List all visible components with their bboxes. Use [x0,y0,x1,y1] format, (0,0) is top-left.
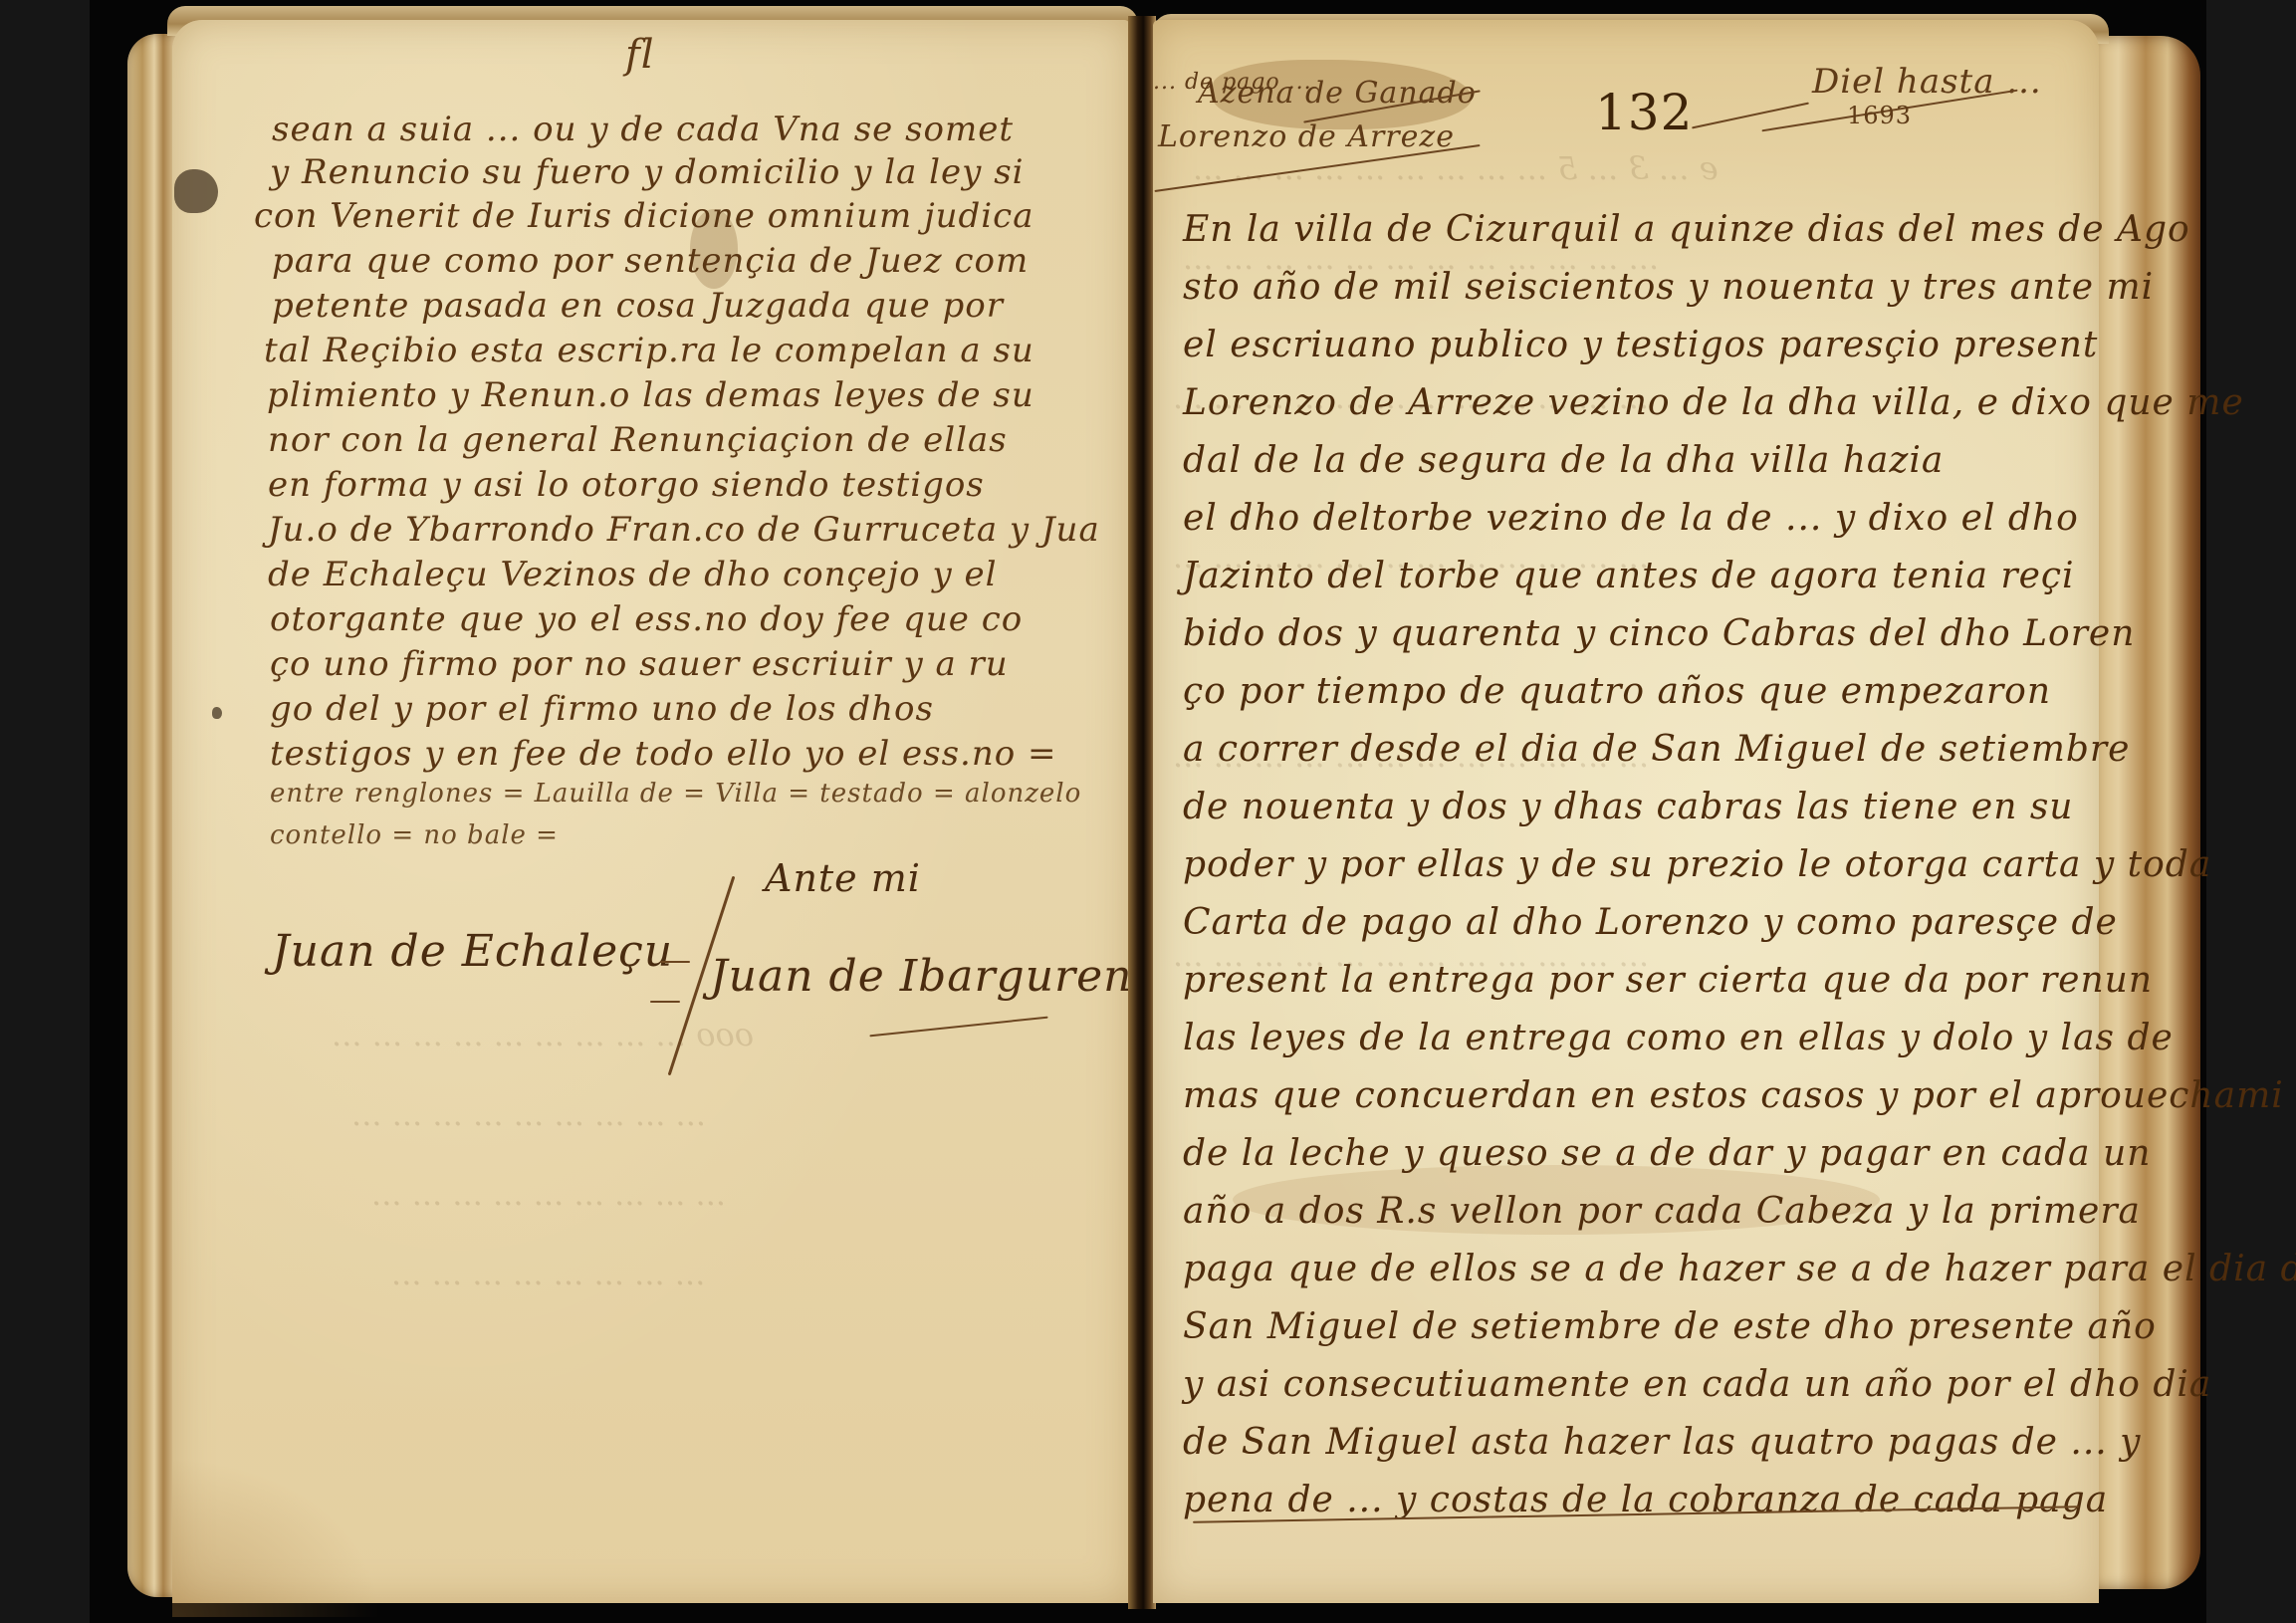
right-background-band [2206,0,2296,1623]
text-line: mas que concuerdan en estos casos y por … [1183,1075,2284,1116]
text-line: y asi consecutiuamente en cada un año po… [1183,1364,2211,1405]
text-line: San Miguel de setiembre de este dho pres… [1183,1306,2157,1347]
text-line: de la leche y queso se a de dar y pagar … [1183,1133,2151,1174]
text-line: En la villa de Cizurquil a quinze dias d… [1183,209,2190,250]
text-line: Lorenzo de Arreze vezino de la dha villa… [1183,382,2244,423]
text-line: bido dos y quarenta y cinco Cabras del d… [1183,613,2135,654]
text-line: año a dos R.s vellon por cada Cabeza y l… [1183,1191,2141,1232]
book-gutter [1128,16,1156,1609]
text-line: de nouenta y dos y dhas cabras las tiene… [1183,787,2073,827]
text-line: petente pasada en cosa Juzgada que por [272,286,1004,326]
text-line: dal de la de segura de la dha villa hazi… [1183,440,1944,481]
text-line: de Echaleçu Vezinos de dho conçejo y el [268,555,997,594]
left-page: ooo ... ... ... ... ... ... ... ... ... … [172,20,1130,1603]
text-line: plimiento y Renun.o las demas leyes de s… [267,375,1034,415]
text-line: contello = no bale = [270,820,559,850]
text-line: Carta de pago al dho Lorenzo y como pare… [1183,902,2118,943]
folio-number: 132 [1595,84,1693,141]
signature-dash [650,1001,680,1003]
right-page: e ... 3 ... 5 ... ... ... ... ... ... ..… [1153,20,2099,1603]
text-line: para que como por sentençia de Juez com [272,241,1029,281]
open-manuscript-book: ooo ... ... ... ... ... ... ... ... ... … [127,6,2200,1617]
text-line: present la entrega por ser cierta que da… [1183,960,2153,1001]
margin-name: Lorenzo de Arreze [1158,119,1455,154]
left-background-band [0,0,90,1623]
signature-dash [660,961,690,963]
year-note: 1693 [1847,102,1912,129]
top-right-note: Diel hasta ... [1812,62,2042,102]
page-header-mark: fl [625,32,655,78]
text-line: entre renglones = Lauilla de = Villa = t… [270,779,1081,809]
text-line: el dho deltorbe vezino de la de ... y di… [1183,498,2079,539]
text-line: en forma y asi lo otorgo siendo testigos [268,465,985,505]
signature-flourish [869,1017,1047,1038]
margin-title: Azena de Ganado [1198,76,1477,111]
signature-notary: Juan de Ibarguren [710,951,1132,1002]
text-line: y Renuncio su fuero y domicilio y la ley… [270,152,1025,192]
text-line: de San Miguel asta hazer las quatro paga… [1183,1422,2142,1463]
signature-juan-de-echalecu: Juan de Echaleçu [272,926,673,977]
text-line: sean a suia ... ou y de cada Vna se some… [272,110,1014,149]
text-line: Jazinto del torbe que antes de agora ten… [1183,556,2075,596]
text-line: nor con la general Renunçiaçion de ellas [268,420,1008,460]
text-line: tal Reçibio esta escrip.ra le compelan a… [264,331,1034,370]
text-line: testigos y en fee de todo ello yo el ess… [270,734,1057,774]
text-line: paga que de ellos se a de hazer se a de … [1183,1249,2296,1289]
signature-ante-mi: Ante mi [765,856,921,900]
text-line: sto año de mil seiscientos y nouenta y t… [1183,267,2154,308]
text-line: Ju.o de Ybarrondo Fran.co de Gurruceta y… [268,510,1100,550]
text-line: poder y por ellas y de su prezio le otor… [1183,844,2211,885]
text-line: otorgante que yo el ess.no doy fee que c… [270,599,1023,639]
text-line: con Venerit de Iuris dicione omnium judi… [254,196,1033,236]
text-line: go del y por el firmo uno de los dhos [270,689,934,729]
text-line: ço uno firmo por no sauer escriuir y a r… [270,644,1009,684]
water-damage-corner [172,1458,381,1617]
text-line: ço por tiempo de quatro años que empezar… [1183,671,2051,712]
text-line: el escriuano publico y testigos paresçio… [1183,325,2098,365]
ink-blot [174,169,218,213]
text-line: las leyes de la entrega como en ellas y … [1183,1018,2174,1058]
ink-speck [212,707,222,719]
text-line: a correr desde el dia de San Miguel de s… [1183,729,2130,770]
